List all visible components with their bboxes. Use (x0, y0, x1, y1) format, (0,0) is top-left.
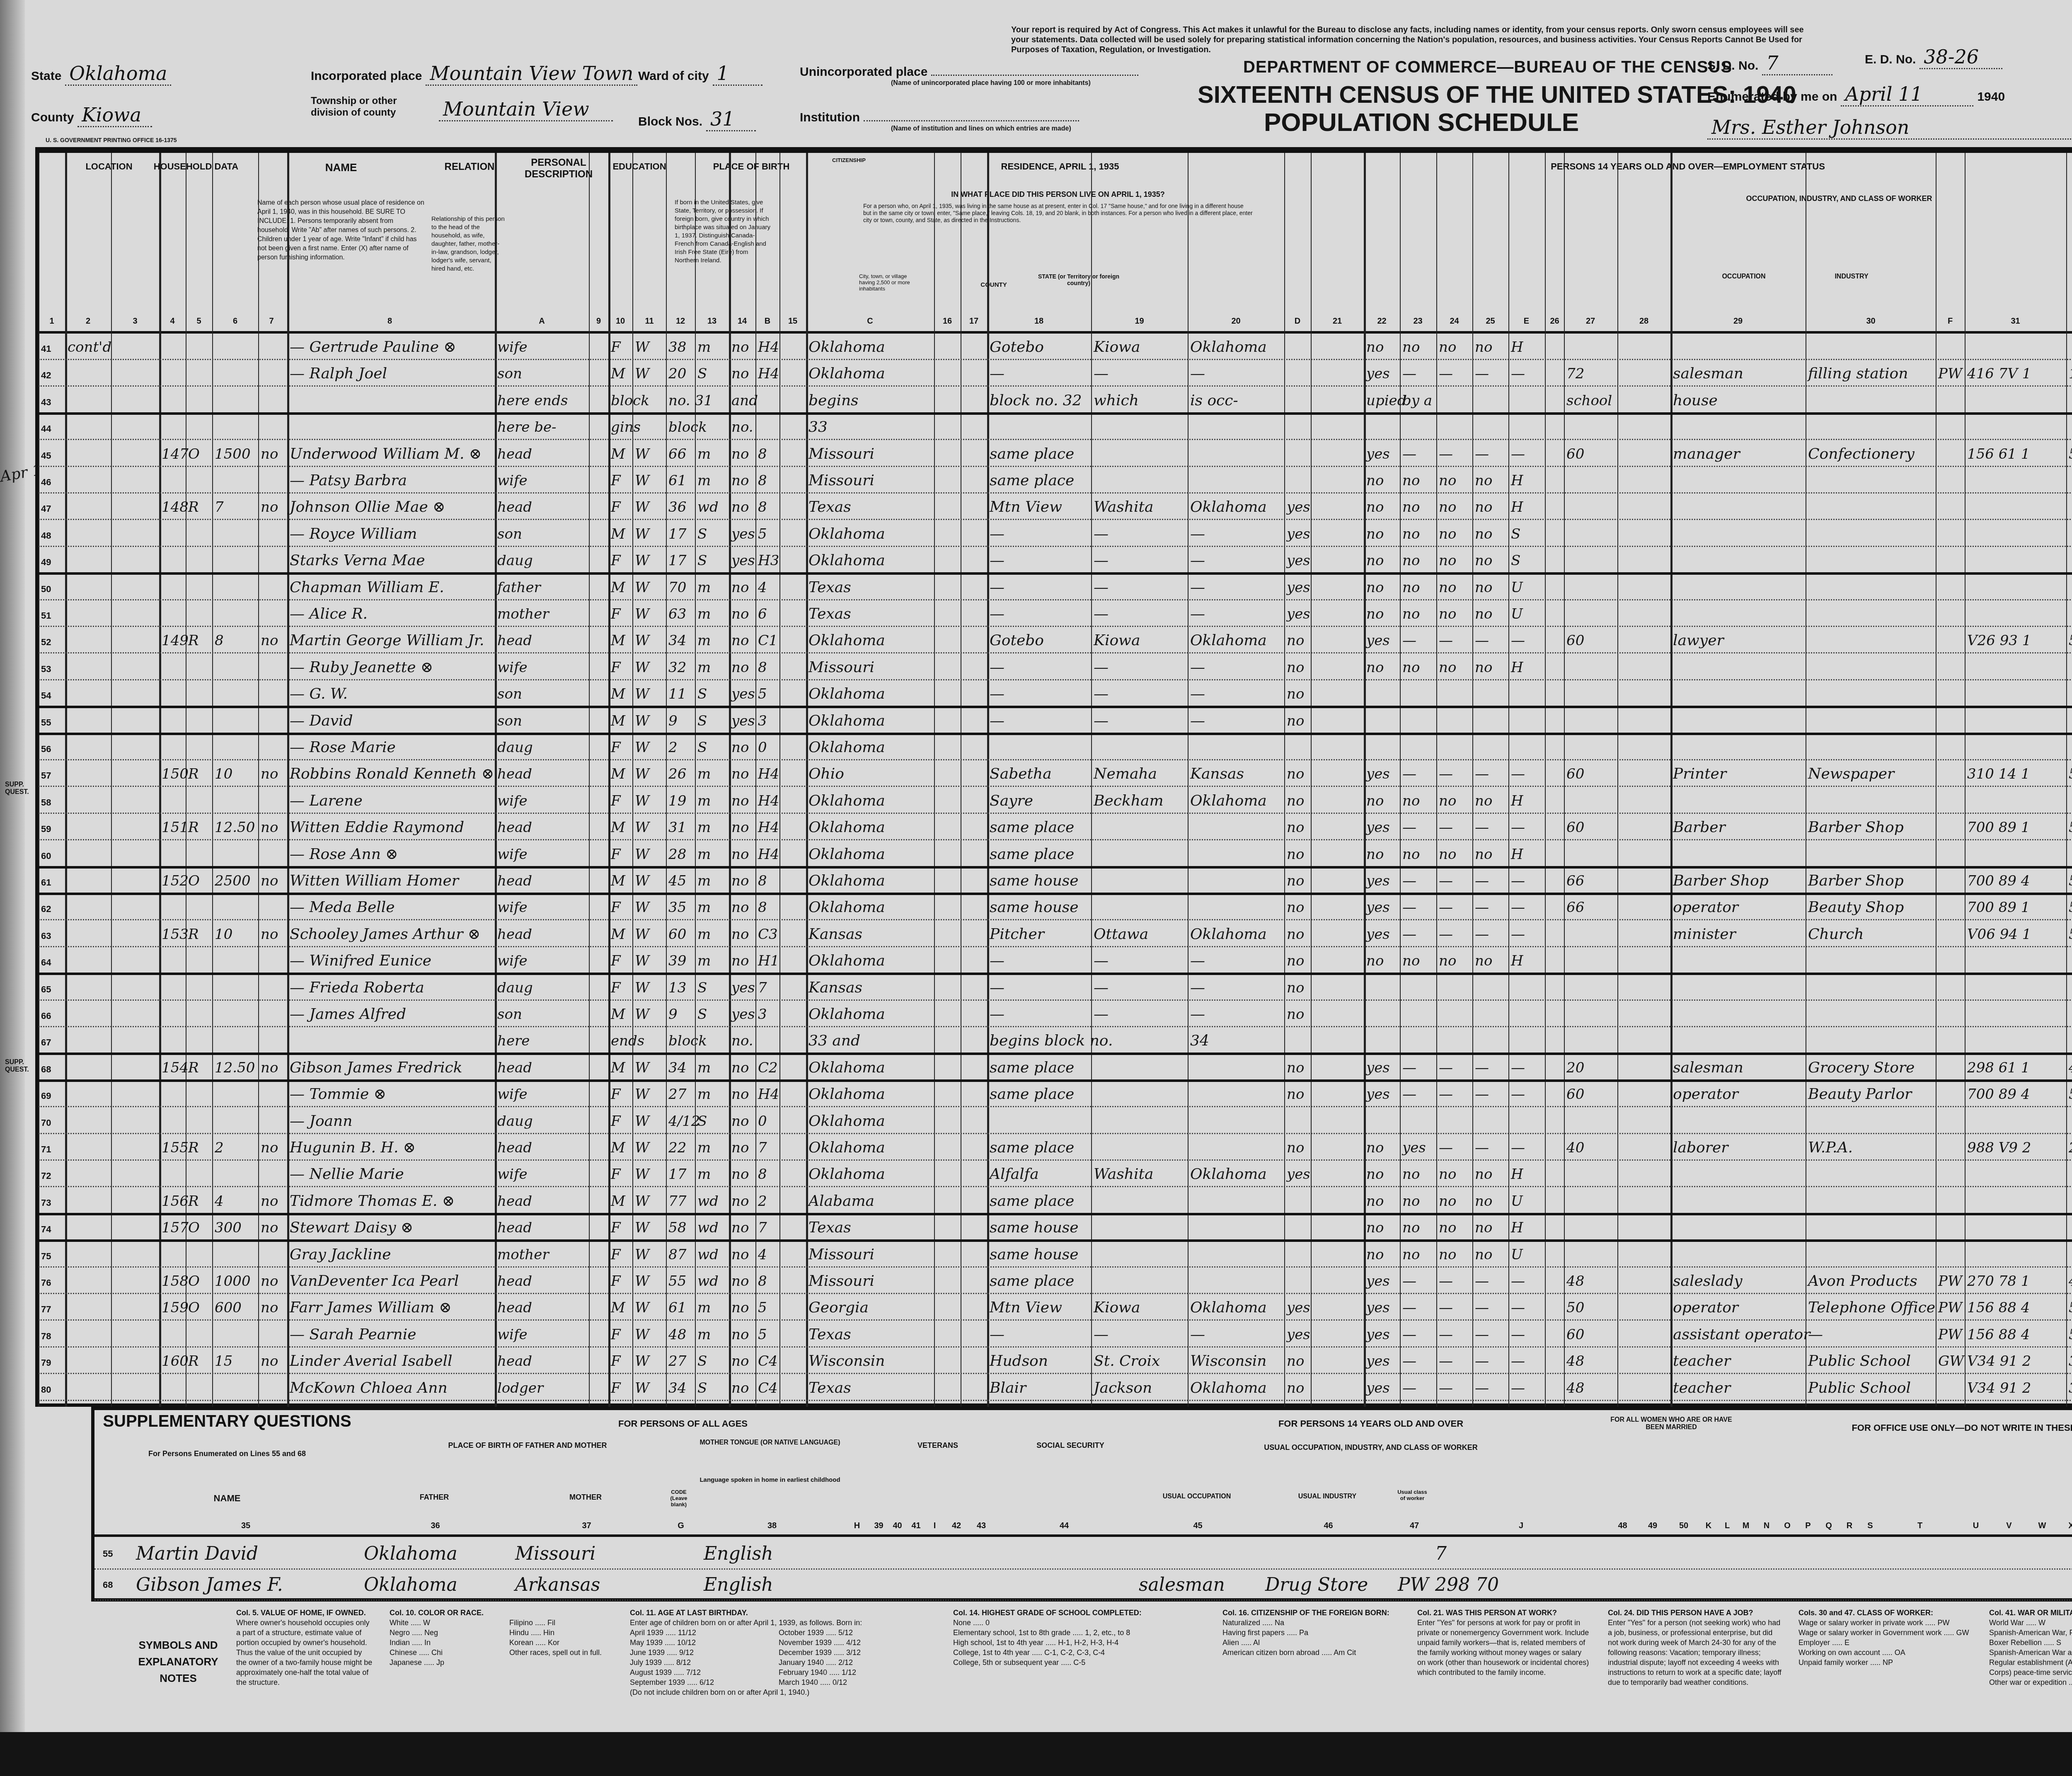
cell-birthplace: 33 (808, 419, 828, 435)
block-label: Block Nos. (638, 115, 702, 128)
cell-grade: 8 (758, 446, 767, 462)
supp-cell-code: 7 (1435, 1546, 1447, 1562)
cell-c23: — (1439, 1273, 1453, 1289)
unincorporated-note: (Name of unincorporated place having 100… (891, 80, 1138, 87)
note-item: Chinese ..... Chi (390, 1648, 502, 1657)
cell-c21: no (1366, 1247, 1384, 1263)
column-number: 7 (258, 317, 285, 326)
census-row: 54— G. W.sonMW11Syes5Oklahoma———no54 (39, 680, 2072, 707)
enumerator-signature: Mrs. Esther Johnson (1707, 116, 2072, 140)
cell-grade: 8 (758, 900, 767, 915)
cell-farm35: no (1287, 1353, 1304, 1369)
cell-res-county: Jackson (1094, 1380, 1152, 1396)
cell-dwelling: 149 (162, 633, 189, 648)
incorporated-place-value: Mountain View Town (426, 62, 637, 86)
cell-c23: no (1439, 339, 1456, 355)
cell-relation: son (497, 686, 522, 702)
heading-residence-question: IN WHAT PLACE DID THIS PERSON LIVE ON AP… (859, 190, 1257, 199)
cell-relation: here ends (497, 393, 568, 409)
cell-age: 48 (668, 1327, 686, 1343)
cell-res-state: — (1190, 366, 1205, 382)
census-row: 56— Rose MariedaugFW2Sno0Oklahoma56 (39, 734, 2072, 760)
note-item: Hindu ..... Hin (509, 1628, 622, 1638)
cell-hours: 20 (1566, 1060, 1584, 1076)
supp-column-number: 36 (360, 1521, 511, 1531)
enumerator-field: Mrs. Esther Johnson Enumerator. (1707, 116, 2072, 140)
cell-weeks: 52 (2069, 766, 2072, 782)
cell-marital: m (697, 660, 711, 675)
census-row: 61152O2500noWitten William HomerheadMW45… (39, 867, 2072, 894)
census-row: 69— Tommie ⊗wifeFW27mnoH4Oklahomasame pl… (39, 1081, 2072, 1107)
supp-column-number: 45 (1135, 1521, 1261, 1531)
cell-school: no (731, 793, 749, 809)
census-title: SIXTEENTH CENSUS OF THE UNITED STATES: 1… (1198, 81, 1796, 109)
heading-occupation: OCCUPATION (1692, 273, 1796, 281)
supp-column-number: S (1860, 1521, 1881, 1531)
column-number: E (1508, 317, 1544, 326)
column-number: 14 (729, 317, 755, 326)
cell-res-city: — (990, 1327, 1005, 1343)
census-row: 62— Meda BellewifeFW35mno8Oklahomasame h… (39, 894, 2072, 920)
note-item: March 1940 ..... 0/12 (779, 1677, 920, 1687)
census-row: 55— DavidsonMW9Syes3Oklahoma———no55 (39, 707, 2072, 734)
cell-weeks: 36 (2069, 1353, 2072, 1369)
cell-race: W (635, 1300, 649, 1316)
cell-race: W (635, 1007, 649, 1022)
note-item: Spanish-American War, Philippine Insurre… (1989, 1628, 2072, 1648)
supp-column-number: M (1736, 1521, 1756, 1531)
cell-age: block (668, 1033, 707, 1049)
cell-race: W (635, 1140, 649, 1156)
row-divider (39, 1319, 2072, 1321)
cell-name: — Ralph Joel (290, 366, 387, 382)
column-number: 27 (1564, 317, 1617, 326)
cell-sex: F (611, 606, 621, 622)
cell-farm: no (261, 820, 278, 835)
cell-hours: 50 (1566, 1300, 1584, 1316)
note-item: Filipino ..... Fil (509, 1618, 622, 1628)
supp-column-number: T (1881, 1521, 1959, 1531)
supp-veterans: VETERANS (869, 1441, 1006, 1450)
cell-sex: M (611, 1193, 625, 1209)
cell-grade: 5 (758, 526, 767, 542)
cell-marital: S (697, 366, 707, 382)
cell-race: W (635, 339, 649, 355)
cell-code: 700 89 1 (1967, 820, 2030, 835)
cell-race: W (635, 660, 649, 675)
note-item: White ..... W (390, 1618, 502, 1628)
cell-name: Tidmore Thomas E. ⊗ (290, 1193, 455, 1209)
cell-name: — Ruby Jeanette ⊗ (290, 660, 433, 675)
note-item: August 1939 ..... 7/12 (630, 1667, 771, 1677)
note-col41: Col. 41. WAR OR MILITARY SERVICE: World … (1989, 1608, 2072, 1687)
cell-race: W (635, 953, 649, 969)
cell-race: W (635, 1060, 649, 1076)
note-col14: Col. 14. HIGHEST GRADE OF SCHOOL COMPLET… (953, 1608, 1193, 1667)
note-item: Alien ..... Al (1222, 1638, 1397, 1648)
cell-res-city: Pitcher (990, 927, 1044, 942)
supp-column-number: X (2059, 1521, 2072, 1531)
census-row: 42— Ralph JoelsonMW20SnoH4Oklahoma———yes… (39, 360, 2072, 387)
cell-c24: no (1475, 1166, 1492, 1182)
cell-name: Martin George William Jr. (290, 633, 484, 648)
column-number: 23 (1400, 317, 1436, 326)
cell-line: 67 (41, 1035, 51, 1050)
cell-c25: — (1511, 1380, 1525, 1396)
cell-res-county: Washita (1094, 1166, 1153, 1182)
column-number-row: 12345678A91011121314B15C1617181920D21222… (39, 317, 2072, 329)
cell-line: 43 (41, 394, 51, 410)
cell-grade: H4 (758, 1086, 779, 1102)
cell-relation: head (497, 766, 532, 782)
note-item: Other races, spell out in full. (509, 1648, 622, 1657)
enumeration-date-value: April 11 (1841, 83, 1973, 106)
cell-relation: son (497, 366, 522, 382)
cell-tenure: R (188, 633, 199, 648)
printing-office: U. S. GOVERNMENT PRINTING OFFICE 16-1375 (46, 137, 177, 143)
cell-res-state: is occ- (1190, 393, 1238, 409)
supp-column-number: 50 (1669, 1521, 1698, 1531)
cell-sex: gins (611, 419, 641, 435)
cell-industry: Grocery Store (1808, 1060, 1915, 1076)
cell-name: Underwood William M. ⊗ (290, 446, 482, 462)
cell-farm35: no (1287, 980, 1304, 996)
column-number: 2 (65, 317, 111, 326)
institution-label: Institution (800, 111, 860, 124)
cell-res-city: Mtn View (990, 499, 1062, 515)
cell-c22: no (1402, 499, 1420, 515)
note-item: November 1939 ..... 4/12 (779, 1638, 920, 1648)
cell-c24: no (1475, 1220, 1492, 1236)
cell-c25: — (1511, 1140, 1525, 1156)
row-divider (39, 385, 2072, 387)
cell-line: 71 (41, 1142, 51, 1157)
cell-farm35: yes (1287, 1327, 1310, 1343)
cell-c21: no (1366, 606, 1384, 622)
cell-sex: M (611, 633, 625, 648)
cell-c25: — (1511, 1300, 1525, 1316)
sd-label: S. D. No. (1707, 59, 1758, 73)
census-row: 74157O300noStewart Daisy ⊗headFW58wdno7T… (39, 1214, 2072, 1241)
cell-line: 51 (41, 608, 51, 624)
column-number: 6 (212, 317, 258, 326)
supp-cell-language: English (704, 1577, 773, 1593)
cell-birthplace: Oklahoma (808, 1166, 885, 1182)
enumeration-year: 1940 (1977, 90, 2005, 104)
row-divider (39, 1373, 2072, 1374)
cell-grade: C4 (758, 1380, 778, 1396)
cell-c21: yes (1366, 1060, 1390, 1076)
cell-farm35: yes (1287, 553, 1310, 569)
column-number: 32 (2066, 317, 2072, 326)
cell-grade: 2 (758, 1193, 767, 1209)
cell-birthplace: Oklahoma (808, 1140, 885, 1156)
cell-grade: 7 (758, 1140, 767, 1156)
cell-school: yes (731, 713, 755, 729)
cell-line: 65 (41, 982, 51, 997)
cell-c23: — (1439, 1327, 1453, 1343)
cell-value: 8 (215, 633, 224, 648)
cell-age: 31 (668, 820, 686, 835)
cell-res-state: Oklahoma (1190, 633, 1267, 648)
cell-relation: wife (497, 339, 528, 355)
cell-occupation: operator (1673, 1086, 1738, 1102)
cell-res-county: — (1094, 1007, 1109, 1022)
column-number: B (755, 317, 779, 326)
cell-sex: F (611, 793, 621, 809)
cell-c25: H (1511, 499, 1523, 515)
cell-c23: no (1439, 953, 1456, 969)
note-item: World War ..... W (1989, 1618, 2072, 1628)
cell-res-city: block no. 32 (990, 393, 1082, 409)
cell-school: no (731, 580, 749, 595)
cell-farm35: no (1287, 766, 1304, 782)
supp-column-number: R (1839, 1521, 1860, 1531)
cell-grade: H4 (758, 766, 779, 782)
cell-birthplace: Oklahoma (808, 339, 885, 355)
cell-res-state: — (1190, 526, 1205, 542)
cell-birthplace: Oklahoma (808, 900, 885, 915)
cell-relation: wife (497, 1327, 528, 1343)
supp-column-number: 40 (888, 1521, 907, 1531)
note-col16-items: Naturalized ..... NaHaving first papers … (1222, 1618, 1397, 1657)
cell-race: W (635, 580, 649, 595)
note-item: College, 1st to 4th year ..... C-1, C-2,… (953, 1648, 1193, 1657)
cell-res-city: — (990, 980, 1005, 996)
cell-race: W (635, 980, 649, 996)
cell-c24: — (1475, 1273, 1489, 1289)
column-number: D (1284, 317, 1311, 326)
cell-value: 15 (215, 1353, 232, 1369)
township-value: Mountain View (439, 98, 613, 121)
cell-c22: — (1402, 820, 1416, 835)
cell-relation: head (497, 1060, 532, 1076)
cell-marital: S (697, 1353, 707, 1369)
cell-sex: M (611, 580, 625, 595)
cell-c24: no (1475, 499, 1492, 515)
cell-dwelling: 158 (162, 1273, 189, 1289)
cell-c25: H (1511, 793, 1523, 809)
cell-line: 64 (41, 955, 51, 970)
cell-c21: no (1366, 1140, 1384, 1156)
supp-quest-marker-55: SUPP. QUEST. (5, 781, 30, 796)
cell-relation: daug (497, 1113, 533, 1129)
cell-res-city: same place (990, 1273, 1074, 1289)
supp-column-number: L (1719, 1521, 1736, 1531)
note-item: Having first papers ..... Pa (1222, 1628, 1397, 1638)
cell-race: W (635, 1273, 649, 1289)
cell-c21: yes (1366, 900, 1390, 915)
note-col30-title: Cols. 30 and 47. CLASS OF WORKER: (1798, 1608, 1977, 1618)
cell-birthplace: Oklahoma (808, 1060, 885, 1076)
cell-grade: 8 (758, 660, 767, 675)
cell-school: no (731, 1193, 749, 1209)
cell-code: V06 94 1 (1967, 927, 2031, 942)
cell-dwelling: 147 (162, 446, 189, 462)
note-item: October 1939 ..... 5/12 (779, 1628, 920, 1638)
cell-c25: S (1511, 553, 1520, 569)
census-row: 58— LarenewifeFW19mnoH4OklahomaSayreBeck… (39, 787, 2072, 814)
cell-industry: filling station (1808, 366, 1908, 382)
cell-relation: son (497, 526, 522, 542)
cell-birthplace: Texas (808, 580, 851, 595)
cell-grade: H1 (758, 953, 779, 969)
cell-res-state: Kansas (1190, 766, 1244, 782)
cell-industry: Public School (1808, 1380, 1911, 1396)
heading-name: NAME (254, 161, 428, 174)
note-item: Unpaid family worker ..... NP (1798, 1657, 1977, 1667)
symbols-title: SYMBOLS AND EXPLANATORY NOTES (137, 1637, 220, 1686)
cell-code: 156 88 4 (1967, 1300, 2030, 1316)
cell-class: PW (1938, 1300, 1962, 1316)
note-item: Wage or salary worker in private work ..… (1798, 1618, 1977, 1628)
cell-c23: — (1439, 1300, 1453, 1316)
heading-income: INCOME IN 1939 (12 months ending Decembe… (2069, 194, 2072, 214)
supp-name-heading: NAME (99, 1493, 356, 1504)
cell-value: 10 (215, 766, 232, 782)
cell-sex: M (611, 686, 625, 702)
cell-weeks: 52 (2069, 873, 2072, 889)
cell-occupation: minister (1673, 927, 1736, 942)
cell-name: Gibson James Fredrick (290, 1060, 462, 1076)
cell-line: 50 (41, 581, 51, 597)
note-item: September 1939 ..... 6/12 (630, 1677, 771, 1687)
cell-c22: — (1402, 1353, 1416, 1369)
cell-dwelling: 150 (162, 766, 189, 782)
cell-occupation: manager (1673, 446, 1740, 462)
cell-race: W (635, 1247, 649, 1263)
cell-sex: M (611, 366, 625, 382)
cell-marital: S (697, 1380, 707, 1396)
cell-c21: no (1366, 580, 1384, 595)
census-row: 43here endsblockno. 31andbeginsblock no.… (39, 387, 2072, 414)
cell-weeks: 52 (2069, 446, 2072, 462)
note-col14-title: Col. 14. HIGHEST GRADE OF SCHOOL COMPLET… (953, 1608, 1193, 1618)
heading-residence: RESIDENCE, APRIL 1, 1935 (855, 161, 1265, 172)
cell-dwelling: 148 (162, 499, 189, 515)
cell-c24: no (1475, 606, 1492, 622)
note-item: December 1939 ..... 3/12 (779, 1648, 920, 1657)
cell-res-county: Ottawa (1094, 927, 1148, 942)
cell-value: 2 (215, 1140, 224, 1156)
cell-name: — Tommie ⊗ (290, 1086, 386, 1102)
cell-grade: 7 (758, 980, 767, 996)
cell-line: 59 (41, 821, 51, 837)
cell-c23: no (1439, 473, 1456, 489)
cell-res-state: — (1190, 1007, 1205, 1022)
cell-street: cont'd (68, 339, 111, 355)
cell-relation: wife (497, 1086, 528, 1102)
cell-res-city: — (990, 366, 1005, 382)
cell-industry: Avon Products (1808, 1273, 1917, 1289)
supp-code-heading: CODE (Leave blank) (662, 1489, 695, 1507)
note-item: Employer ..... E (1798, 1638, 1977, 1648)
cell-c25: — (1511, 446, 1525, 462)
cell-c22: no (1402, 847, 1420, 862)
cell-relation: head (497, 873, 532, 889)
cell-sex: M (611, 927, 625, 942)
cell-birthplace: Texas (808, 606, 851, 622)
column-number: 3 (111, 317, 159, 326)
cell-res-state: — (1190, 1327, 1205, 1343)
cell-c21: no (1366, 953, 1384, 969)
cell-res-city: Alfalfa (990, 1166, 1039, 1182)
cell-school: no (731, 339, 749, 355)
cell-grade: 5 (758, 1300, 767, 1316)
cell-age: 45 (668, 873, 686, 889)
cell-c22: no (1402, 580, 1420, 595)
supp-column-number: 41 (907, 1521, 925, 1531)
cell-hours: 60 (1566, 1086, 1584, 1102)
cell-line: 61 (41, 875, 51, 890)
cell-marital: S (697, 686, 707, 702)
cell-c21: no (1366, 660, 1384, 675)
note-col30: Cols. 30 and 47. CLASS OF WORKER: Wage o… (1798, 1608, 1977, 1667)
cell-hours: 40 (1566, 1140, 1584, 1156)
cell-code: 156 88 4 (1967, 1327, 2030, 1343)
cell-res-county: — (1094, 553, 1109, 569)
cell-relation: wife (497, 847, 528, 862)
cell-school: no (731, 1220, 749, 1236)
cell-school: no (731, 873, 749, 889)
cell-c21: yes (1366, 1273, 1390, 1289)
cell-race: W (635, 873, 649, 889)
cell-age: 32 (668, 660, 686, 675)
cell-hours: 48 (1566, 1353, 1584, 1369)
supp-women: FOR ALL WOMEN WHO ARE OR HAVE BEEN MARRI… (1609, 1416, 1733, 1431)
cell-hours: school (1566, 393, 1612, 409)
cell-weeks: 36 (2069, 1380, 2072, 1396)
cell-res-city: Sabetha (990, 766, 1052, 782)
cell-res-state: Oklahoma (1190, 1300, 1267, 1316)
column-number: 31 (1965, 317, 2066, 326)
cell-c25: S (1511, 526, 1520, 542)
cell-age: 9 (668, 713, 678, 729)
cell-res-state: Oklahoma (1190, 339, 1267, 355)
supp-cell-language: English (704, 1546, 773, 1562)
supp-column-number: Q (1818, 1521, 1839, 1531)
cell-relation: wife (497, 1166, 528, 1182)
cell-weeks: 17 (2069, 366, 2072, 382)
cell-c21: yes (1366, 873, 1390, 889)
cell-grade: H4 (758, 820, 779, 835)
cell-c24: no (1475, 473, 1492, 489)
column-number: 29 (1670, 317, 1806, 326)
cell-race: W (635, 1166, 649, 1182)
supp-usual-industry-heading: USUAL INDUSTRY (1261, 1493, 1394, 1500)
cell-c21: yes (1366, 1353, 1390, 1369)
supp-mother-heading: MOTHER (511, 1493, 660, 1502)
cell-school: no (731, 900, 749, 915)
cell-res-state: Oklahoma (1190, 793, 1267, 809)
residence-instructions: For a person who, on April 1, 1935, was … (863, 203, 1253, 224)
cell-grade: C3 (758, 927, 778, 942)
cell-grade: C2 (758, 1060, 778, 1076)
cell-c22: — (1402, 1060, 1416, 1076)
cell-code: 416 7V 1 (1967, 366, 2031, 382)
cell-marital: m (697, 580, 711, 595)
cell-relation: wife (497, 473, 528, 489)
cell-marital: m (697, 927, 711, 942)
county-field: County Kiowa (31, 104, 152, 127)
cell-age: 61 (668, 1300, 686, 1316)
note-item: Spanish-American War and World War .....… (1989, 1648, 2072, 1657)
cell-c23: no (1439, 1166, 1456, 1182)
cell-industry: Newspaper (1808, 766, 1894, 782)
cell-school: no (731, 446, 749, 462)
cell-grade: 0 (758, 740, 767, 755)
supp-language-heading: Language spoken in home in earliest chil… (700, 1476, 840, 1483)
